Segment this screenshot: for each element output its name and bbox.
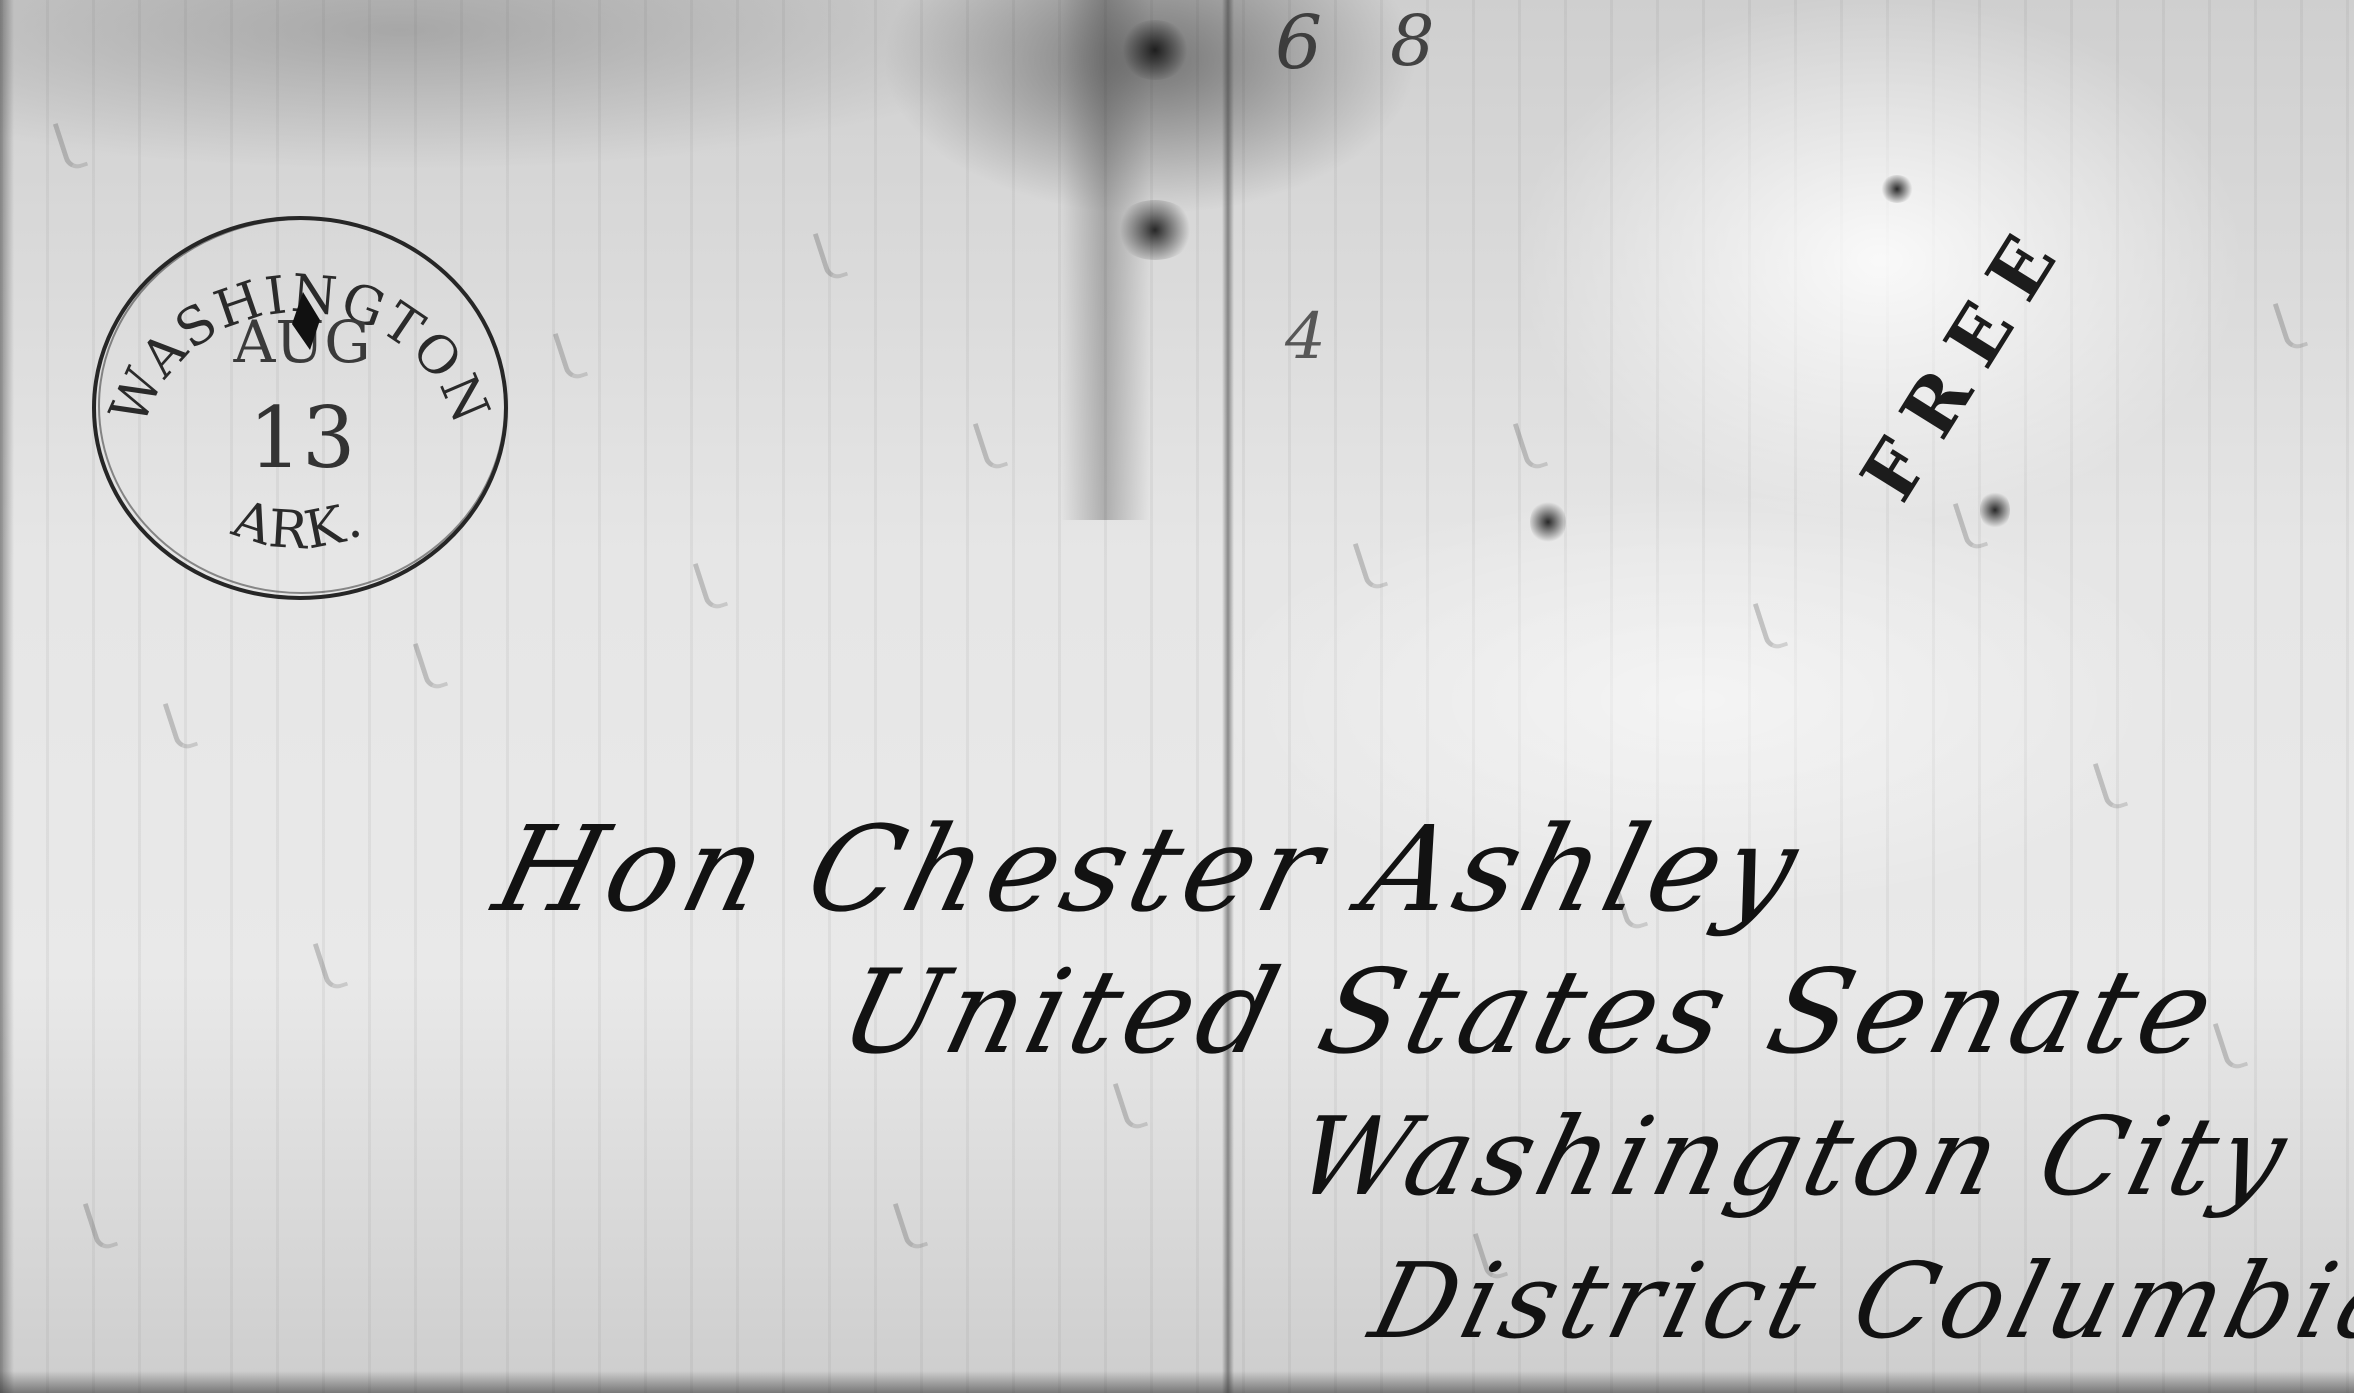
show-through-stroke	[83, 1198, 118, 1252]
ink-blot	[1115, 200, 1195, 260]
docket-mark: 6	[1275, 0, 1322, 86]
upper-fold-shadow	[1060, 0, 1150, 520]
bottom-edge-shadow	[0, 1371, 2354, 1393]
docket-mark: 8	[1390, 0, 1435, 82]
postmark: WASHINGTON ARK. AUG 13	[88, 212, 512, 604]
free-handstamp-text: FREE	[1845, 203, 2085, 516]
show-through-stroke	[2093, 758, 2128, 812]
ink-blot	[1980, 490, 2010, 530]
show-through-stroke	[973, 418, 1008, 472]
postmark-state: ARK.	[225, 489, 371, 562]
address-line-city: Washington City	[1284, 1095, 2303, 1220]
ink-blot	[1530, 500, 1566, 544]
postmark-circle-icon: WASHINGTON ARK. AUG 13	[88, 212, 512, 604]
show-through-stroke	[553, 328, 588, 382]
show-through-stroke	[893, 1198, 928, 1252]
show-through-stroke	[413, 638, 448, 692]
ink-blot	[1120, 20, 1190, 80]
left-edge-shadow	[0, 0, 14, 1393]
show-through-stroke	[2213, 1018, 2248, 1072]
docket-mark: 4	[1285, 300, 1326, 374]
show-through-stroke	[1113, 1078, 1148, 1132]
show-through-stroke	[1353, 538, 1388, 592]
show-through-stroke	[813, 228, 848, 282]
show-through-stroke	[1753, 598, 1788, 652]
show-through-stroke	[53, 118, 88, 172]
show-through-stroke	[1513, 418, 1548, 472]
postmark-day: 13	[249, 389, 356, 487]
show-through-stroke	[693, 558, 728, 612]
address-line-addressee: Hon Chester Ashley	[483, 800, 1817, 938]
address-line-institution: United States Senate	[828, 945, 2232, 1080]
free-handstamp: FREE	[1815, 170, 2095, 470]
show-through-stroke	[163, 698, 198, 752]
envelope-cover: 6 8 4 WASHINGTON ARK. AUG 13 FREE Hon Ch…	[0, 0, 2354, 1393]
show-through-stroke	[2273, 298, 2308, 352]
address-line-district: District Columbia	[1360, 1240, 2354, 1362]
center-fold-line	[1222, 0, 1234, 1393]
show-through-stroke	[313, 938, 348, 992]
